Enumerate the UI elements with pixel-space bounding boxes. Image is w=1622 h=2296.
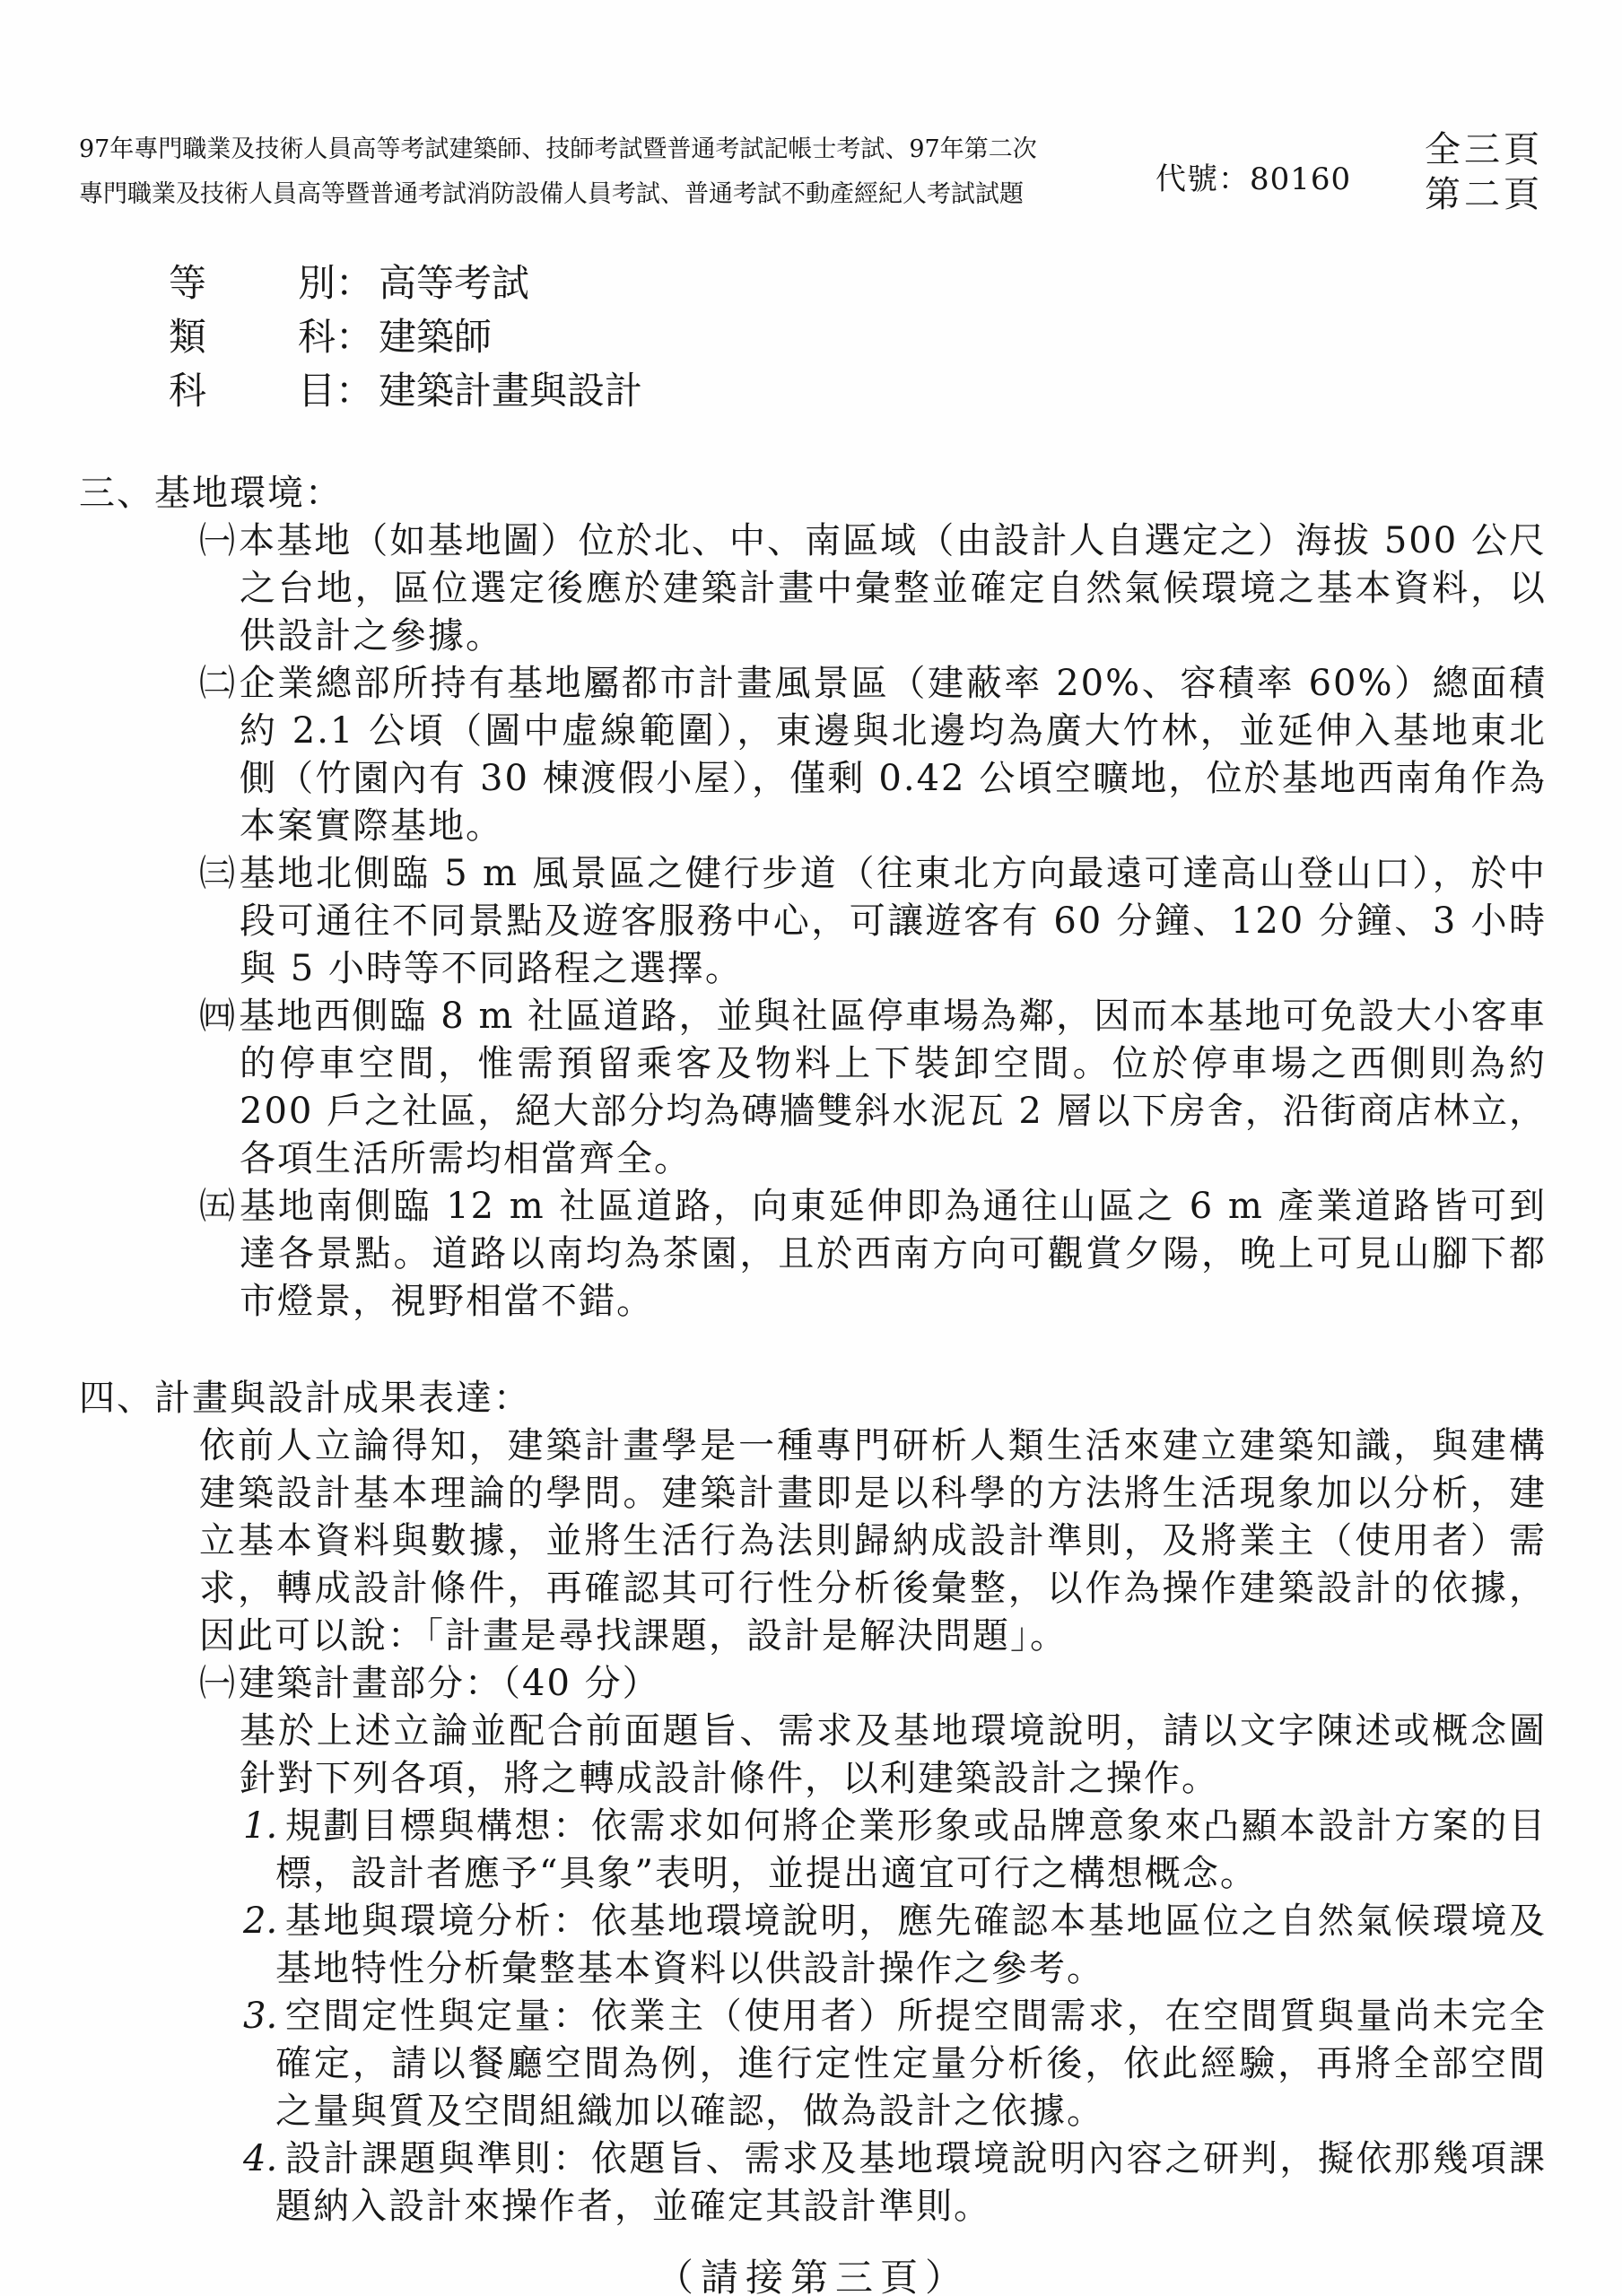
meta-value-category: 建築師 (379, 315, 492, 359)
list-item-title: 建築計畫部分：（40 分） (239, 1663, 660, 1704)
numbered-item-text: 基地與環境分析：依基地環境說明，應先確認本基地區位之自然氣候環境及基地特性分析彙… (275, 1900, 1547, 1989)
section-deliverables: 四、計畫與設計成果表達： 依前人立論得知，建築計畫學是一種專門研析人類生活來建立… (79, 1375, 1547, 2231)
list-item-marker: ㈤ (199, 1186, 240, 1227)
numbered-item: 2.基地與環境分析：依基地環境說明，應先確認本基地區位之自然氣候環境及基地特性分… (79, 1898, 1547, 1993)
list-item-text: 基地南側臨 12 m 社區道路，向東延伸即為通往山區之 6 m 產業道路皆可到達… (240, 1186, 1547, 1322)
meta-row-category: 類科：建築師 (169, 310, 1547, 364)
meta-label-subject: 科目 (169, 364, 336, 418)
meta-label-char: 目 (298, 364, 336, 418)
meta-label-category: 類科 (169, 310, 336, 364)
exam-title-line1: 97年專門職業及技術人員高等考試建築師、技師考試暨普通考試記帳士考試、97年第二… (79, 127, 1155, 172)
meta-label-char: 等 (169, 257, 206, 310)
exam-body: 三、基地環境： ㈠本基地（如基地圖）位於北、中、南區域（由設計人自選定之）海拔 … (79, 470, 1547, 2296)
section-heading: 三、基地環境： (79, 470, 1547, 517)
meta-row-subject: 科目：建築計畫與設計 (169, 364, 1547, 418)
numbered-item-marker: 2. (243, 1900, 284, 1942)
document-header: 97年專門職業及技術人員高等考試建築師、技師考試暨普通考試記帳士考試、97年第二… (79, 127, 1547, 217)
numbered-item: 3.空間定性與定量：依業主（使用者）所提空間需求，在空間質與量尚未完全確定，請以… (79, 1993, 1547, 2135)
list-item-text: 基地北側臨 5 m 風景區之健行步道（往東北方向最遠可達高山登山口），於中段可通… (240, 853, 1547, 989)
list-item-text: 本基地（如基地圖）位於北、中、南區域（由設計人自選定之）海拔 500 公尺之台地… (239, 520, 1547, 657)
list-item: ㈣基地西側臨 8 m 社區道路，並與社區停車場為鄰，因而本基地可免設大小客車的停… (79, 993, 1547, 1183)
exam-meta: 等別：高等考試 類科：建築師 科目：建築計畫與設計 (169, 257, 1547, 418)
list-item-marker: ㈠ (199, 1663, 239, 1704)
meta-label-char: 別 (298, 257, 336, 310)
meta-row-level: 等別：高等考試 (169, 257, 1547, 310)
numbered-item: 4.設計課題與準則：依題旨、需求及基地環境說明內容之研判，擬依那幾項課題納入設計… (79, 2135, 1547, 2231)
list-item-text: 企業總部所持有基地屬都市計畫風景區（建蔽率 20%、容積率 60%）總面積約 2… (240, 663, 1547, 847)
pages-total-label: 全三頁 (1425, 127, 1543, 172)
continue-note: （請接第三頁） (79, 2254, 1547, 2296)
meta-colon: ： (336, 369, 373, 413)
page-number-label: 第二頁 (1425, 172, 1543, 217)
section-intro-paragraph: 依前人立論得知，建築計畫學是一種專門研析人類生活來建立建築知識，與建構建築設計基… (79, 1422, 1547, 1660)
section-site-environment: 三、基地環境： ㈠本基地（如基地圖）位於北、中、南區域（由設計人自選定之）海拔 … (79, 470, 1547, 1326)
list-item-marker: ㈡ (199, 663, 240, 704)
exam-title-line2: 專門職業及技術人員高等暨普通考試消防設備人員考試、普通考試不動產經紀人考試試題 (79, 172, 1155, 217)
exam-title: 97年專門職業及技術人員高等考試建築師、技師考試暨普通考試記帳士考試、97年第二… (79, 127, 1155, 217)
numbered-item-marker: 1. (243, 1805, 284, 1847)
meta-label-char: 科 (298, 310, 336, 364)
numbered-item-marker: 4. (243, 2138, 284, 2179)
exam-paper-page: 97年專門職業及技術人員高等考試建築師、技師考試暨普通考試記帳士考試、97年第二… (0, 0, 1622, 2296)
list-item-marker: ㈣ (199, 996, 239, 1037)
list-item: ㈢基地北側臨 5 m 風景區之健行步道（往東北方向最遠可達高山登山口），於中段可… (79, 850, 1547, 993)
numbered-item-marker: 3. (243, 1996, 284, 2037)
meta-label-char: 科 (169, 364, 206, 418)
list-item: ㈠建築計畫部分：（40 分） (79, 1660, 1547, 1708)
numbered-item: 1.規劃目標與構想：依需求如何將企業形象或品牌意象來凸顯本設計方案的目標，設計者… (79, 1803, 1547, 1898)
exam-code-label: 代號：80160 (1155, 127, 1425, 198)
meta-colon: ： (336, 315, 373, 359)
meta-label-char: 類 (169, 310, 206, 364)
meta-colon: ： (336, 261, 373, 305)
meta-value-level: 高等考試 (379, 261, 529, 305)
sub-intro-paragraph: 基於上述立論並配合前面題旨、需求及基地環境說明，請以文字陳述或概念圖針對下列各項… (79, 1708, 1547, 1803)
meta-value-subject: 建築計畫與設計 (379, 369, 642, 413)
numbered-item-text: 規劃目標與構想：依需求如何將企業形象或品牌意象來凸顯本設計方案的目標，設計者應予… (275, 1805, 1547, 1894)
list-item-marker: ㈠ (199, 520, 239, 561)
list-item: ㈡企業總部所持有基地屬都市計畫風景區（建蔽率 20%、容積率 60%）總面積約 … (79, 660, 1547, 850)
list-item-text: 基地西側臨 8 m 社區道路，並與社區停車場為鄰，因而本基地可免設大小客車的停車… (239, 996, 1547, 1179)
page-info: 全三頁 第二頁 (1425, 127, 1543, 217)
numbered-item-text: 設計課題與準則：依題旨、需求及基地環境說明內容之研判，擬依那幾項課題納入設計來操… (275, 2138, 1547, 2227)
list-item-marker: ㈢ (199, 853, 240, 894)
meta-label-level: 等別 (169, 257, 336, 310)
numbered-item-text: 空間定性與定量：依業主（使用者）所提空間需求，在空間質與量尚未完全確定，請以餐廳… (275, 1996, 1547, 2132)
section-heading: 四、計畫與設計成果表達： (79, 1375, 1547, 1422)
list-item: ㈤基地南側臨 12 m 社區道路，向東延伸即為通往山區之 6 m 產業道路皆可到… (79, 1183, 1547, 1326)
list-item: ㈠本基地（如基地圖）位於北、中、南區域（由設計人自選定之）海拔 500 公尺之台… (79, 517, 1547, 660)
